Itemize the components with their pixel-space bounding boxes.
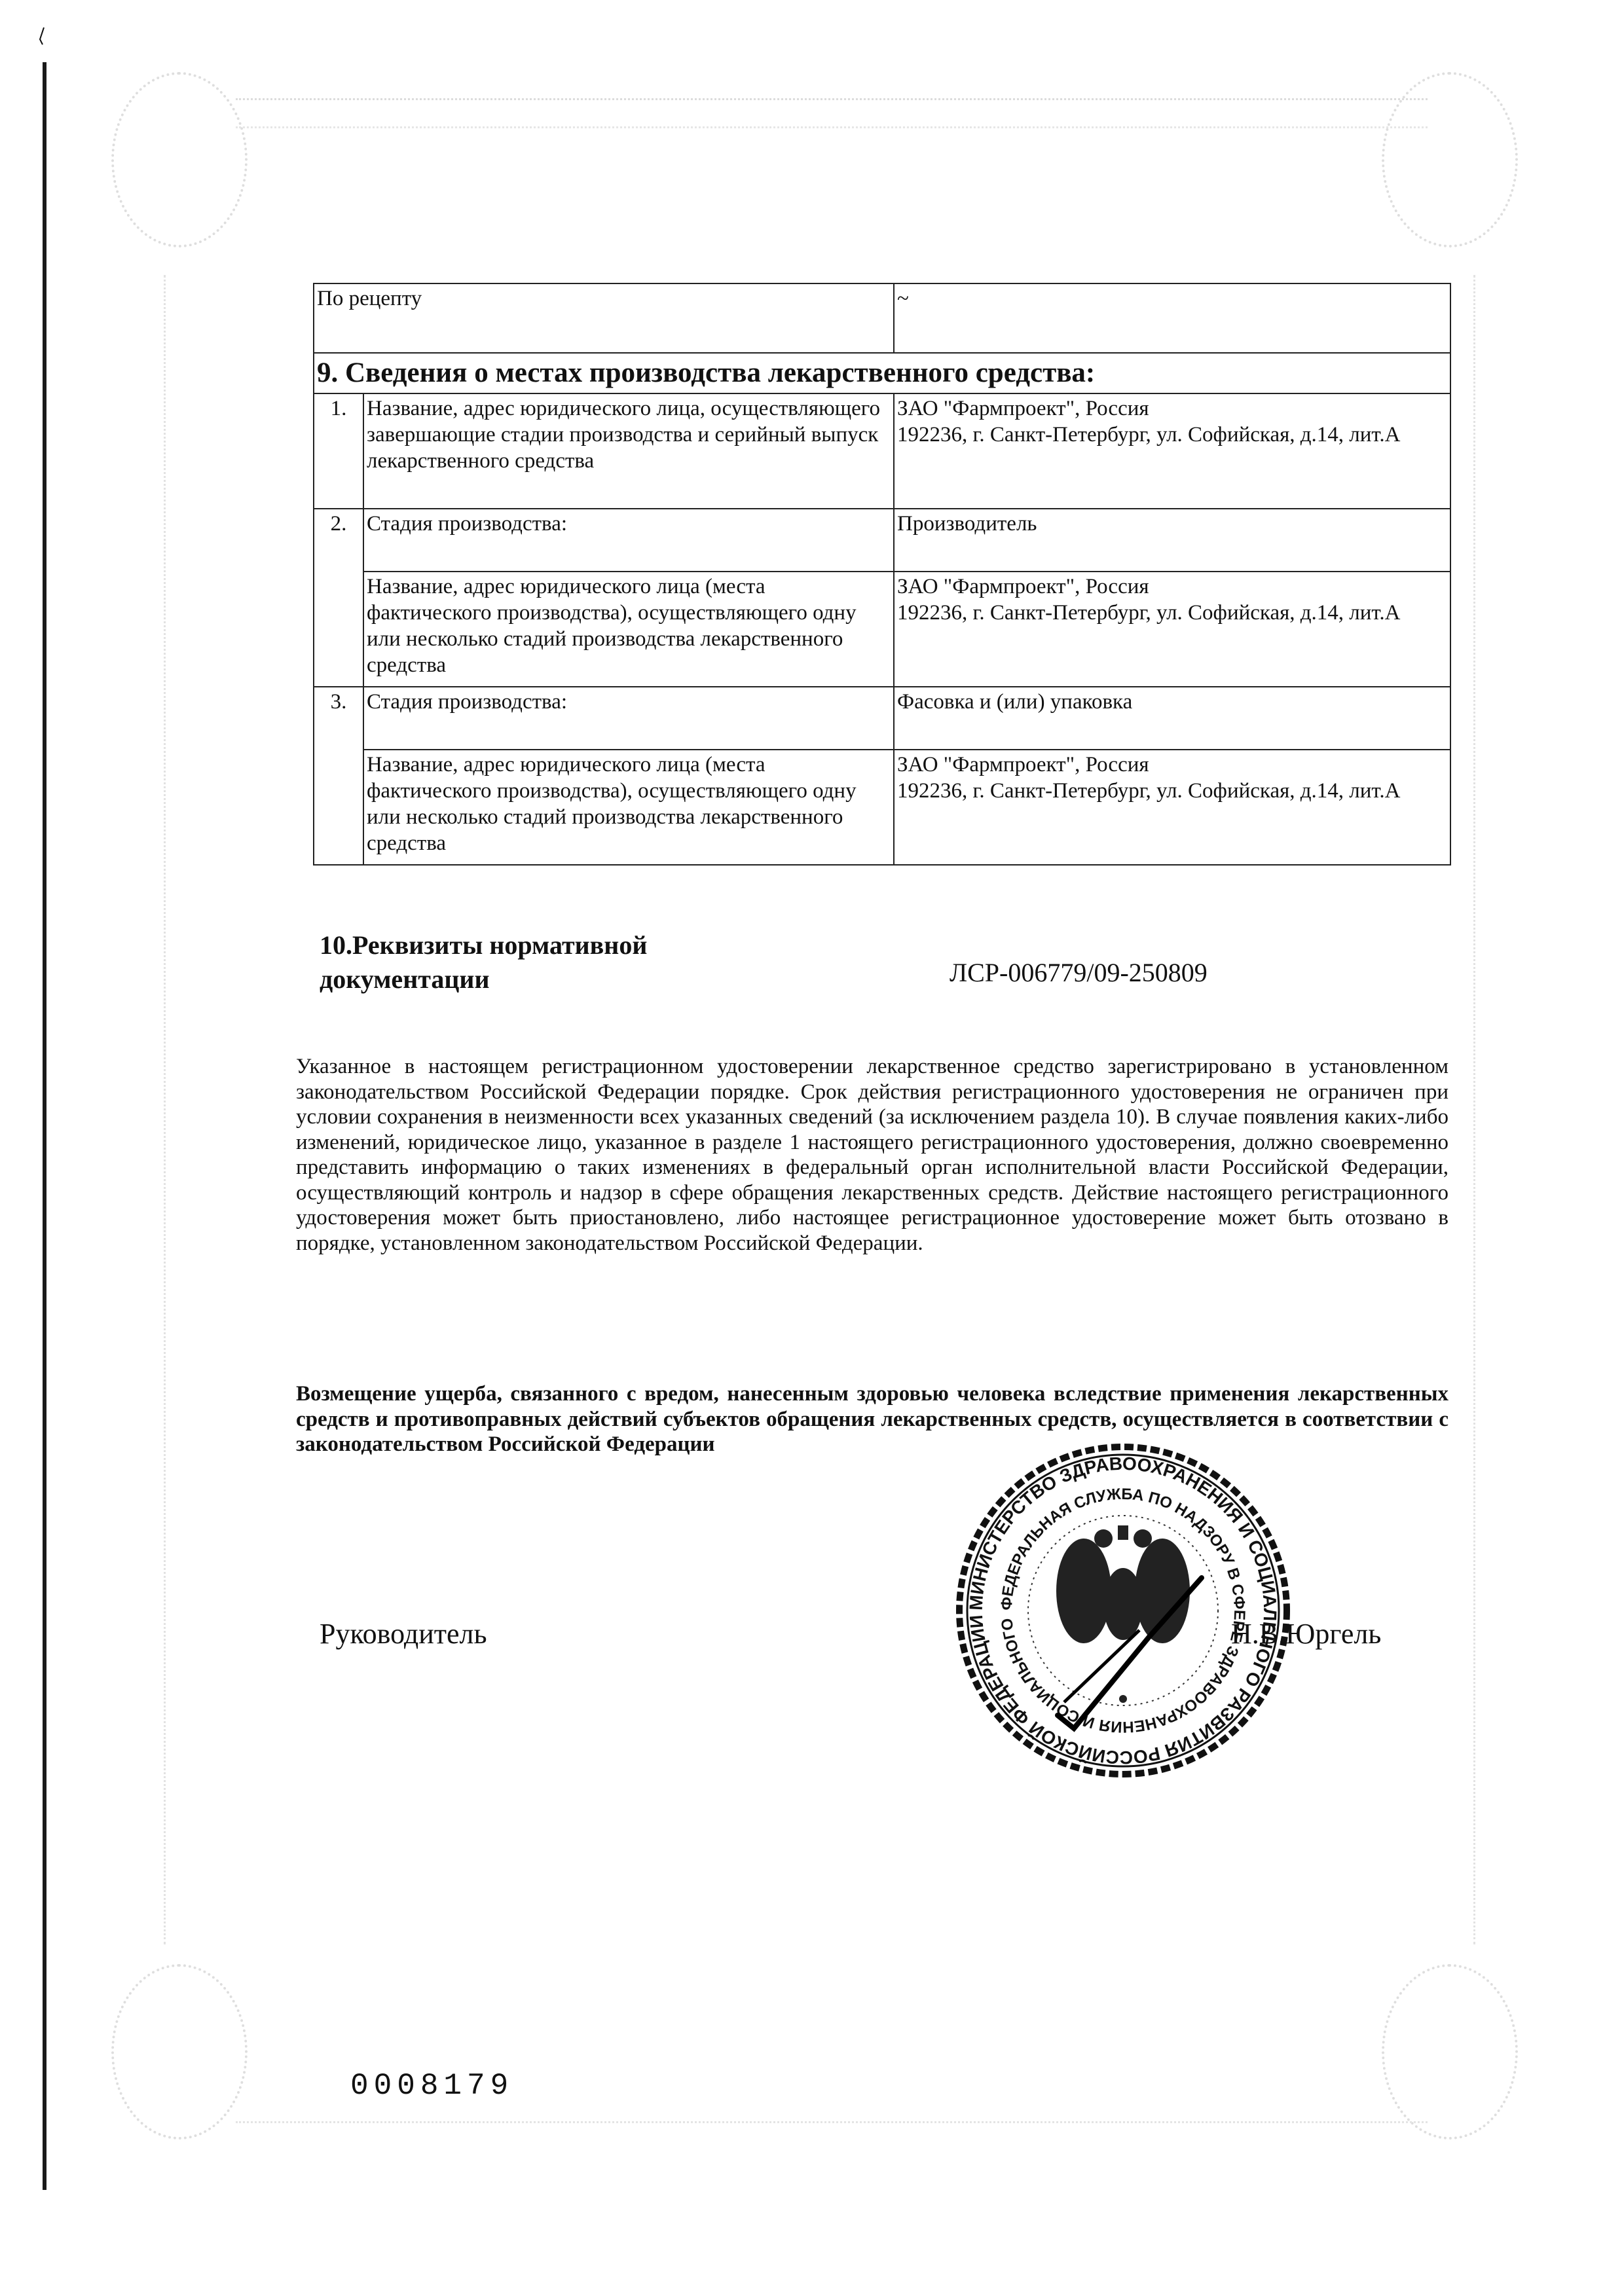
registration-notice: Указанное в настоящем регистрационном уд…: [296, 1054, 1449, 1256]
site-label: Название, адрес юридического лица, осуще…: [363, 393, 894, 509]
section10-label-line1: 10.Реквизиты нормативной: [320, 928, 647, 962]
section9-heading: 9. Сведения о местах производства лекарс…: [314, 353, 1450, 393]
form-serial-number: 0008179: [350, 2069, 513, 2103]
recipe-value: ~: [894, 283, 1450, 353]
site-company: ЗАО "Фармпроект", Россия: [897, 752, 1447, 778]
signatory-role: Руководитель: [320, 1617, 487, 1650]
site-company: ЗАО "Фармпроект", Россия: [897, 395, 1447, 422]
watermark-side-left: [164, 275, 168, 1944]
watermark-top-band: [236, 98, 1428, 128]
recipe-row: По рецепту ~: [314, 283, 1450, 353]
official-seal-icon: МИНИСТЕРСТВО ЗДРАВООХРАНЕНИЯ И СОЦИАЛЬНО…: [953, 1440, 1293, 1781]
stage-label: Стадия производства:: [363, 687, 894, 750]
site-address: 192236, г. Санкт-Петербург, ул. Софийска…: [897, 778, 1447, 804]
site-company: ЗАО "Фармпроект", Россия: [897, 574, 1447, 600]
site-label: Название, адрес юридического лица (места…: [363, 572, 894, 687]
site-value: ЗАО "Фармпроект", Россия 192236, г. Санк…: [894, 572, 1450, 687]
site-value: ЗАО "Фармпроект", Россия 192236, г. Санк…: [894, 393, 1450, 509]
site-address: 192236, г. Санкт-Петербург, ул. Софийска…: [897, 600, 1447, 626]
recipe-label: По рецепту: [314, 283, 894, 353]
site-row: 1. Название, адрес юридического лица, ос…: [314, 393, 1450, 509]
site-row: Название, адрес юридического лица (места…: [314, 572, 1450, 687]
site-number: 3.: [314, 687, 363, 865]
registration-number: ЛСР-006779/09-250809: [950, 957, 1208, 988]
site-value: ЗАО "Фармпроект", Россия 192236, г. Санк…: [894, 750, 1450, 865]
site-stage-row: 3. Стадия производства: Фасовка и (или) …: [314, 687, 1450, 750]
stage-value: Производитель: [894, 509, 1450, 572]
watermark-rosette-bottom-right: [1382, 1964, 1518, 2140]
section9-heading-row: 9. Сведения о местах производства лекарс…: [314, 353, 1450, 393]
site-row: Название, адрес юридического лица (места…: [314, 750, 1450, 865]
watermark-rosette-top-right: [1382, 72, 1518, 247]
section10-label-line2: документации: [320, 962, 647, 996]
site-label: Название, адрес юридического лица (места…: [363, 750, 894, 865]
site-number: 2.: [314, 509, 363, 687]
scan-mark-icon: [36, 26, 49, 65]
scan-edge-line: [43, 62, 46, 2190]
watermark-bottom-band: [236, 2121, 1428, 2127]
watermark-rosette-top-left: [111, 72, 248, 247]
stage-label: Стадия производства:: [363, 509, 894, 572]
site-stage-row: 2. Стадия производства: Производитель: [314, 509, 1450, 572]
section10-label: 10.Реквизиты нормативной документации: [320, 928, 647, 996]
manufacturing-sites-table: По рецепту ~ 9. Сведения о местах произв…: [313, 283, 1451, 866]
watermark-rosette-bottom-left: [111, 1964, 248, 2140]
stage-value: Фасовка и (или) упаковка: [894, 687, 1450, 750]
site-number: 1.: [314, 393, 363, 509]
watermark-side-right: [1473, 275, 1478, 1944]
site-address: 192236, г. Санкт-Петербург, ул. Софийска…: [897, 422, 1447, 448]
